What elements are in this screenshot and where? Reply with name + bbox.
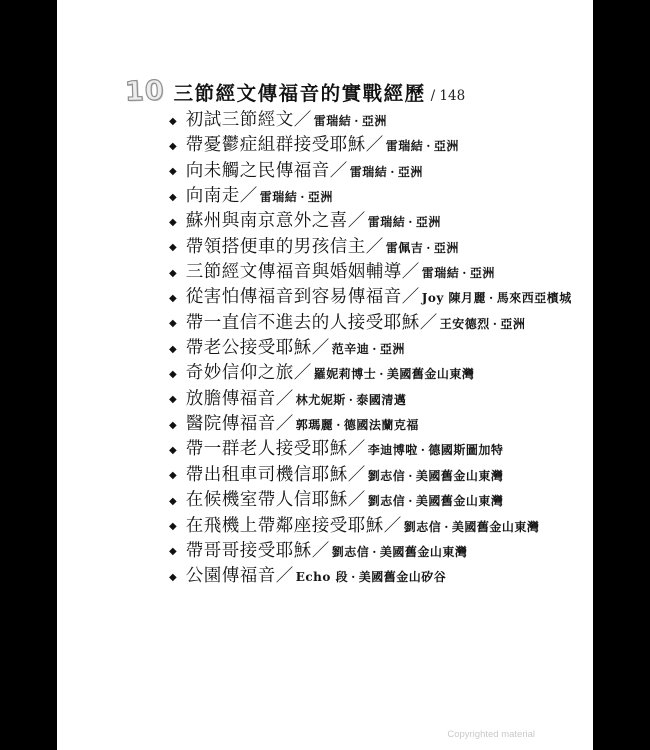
toc-item-location: 德國斯圖加特 <box>428 443 503 457</box>
slash-separator-icon: ／ <box>384 516 402 536</box>
diamond-bullet-icon: ◆ <box>169 318 177 329</box>
toc-item: ◆帶出租車司機信耶穌／劉志信·美國舊金山東灣 <box>169 462 572 487</box>
toc-item-location: 亞洲 <box>470 266 495 280</box>
toc-item-title: 在候機室帶人信耶穌 <box>186 490 348 510</box>
chapter-page-number: / 148 <box>431 88 466 104</box>
scanned-book-page-view: { "header": { "chapter_number": "10", "t… <box>0 0 650 750</box>
toc-item: ◆初試三節經文／雷瑞結·亞洲 <box>169 107 572 132</box>
toc-item: ◆放膽傳福音／林尤妮斯·泰國清邁 <box>169 386 572 411</box>
toc-item-author: 范辛迪 <box>332 342 370 356</box>
slash-separator-icon: ／ <box>240 186 258 206</box>
diamond-bullet-icon: ◆ <box>169 470 177 481</box>
toc-item-title: 公園傳福音 <box>186 566 276 586</box>
toc-item-location: 美國舊金山矽谷 <box>359 570 447 584</box>
dot-separator-icon: · <box>418 443 429 457</box>
slash-separator-icon: ／ <box>348 211 366 231</box>
slash-separator-icon: ／ <box>294 110 312 130</box>
toc-item-author: 雷瑞結 <box>350 165 388 179</box>
toc-item: ◆帶老公接受耶穌／范辛迪·亞洲 <box>169 335 572 360</box>
toc-item: ◆帶領搭便車的男孩信主／雷佩吉·亞洲 <box>169 234 572 259</box>
toc-item-title: 在飛機上帶鄰座接受耶穌 <box>186 516 384 536</box>
toc-item-author: 郭瑪麗 <box>296 418 334 432</box>
toc-item-title: 蘇州與南京意外之喜 <box>186 211 348 231</box>
dot-separator-icon: · <box>486 291 497 305</box>
toc-item-title: 帶一群老人接受耶穌 <box>186 439 348 459</box>
toc-item-title: 初試三節經文 <box>186 110 294 130</box>
toc-item: ◆在飛機上帶鄰座接受耶穌／劉志信·美國舊金山東灣 <box>169 513 572 538</box>
toc-item-location: 美國舊金山東灣 <box>380 545 468 559</box>
dot-separator-icon: · <box>490 317 501 331</box>
toc-item-title: 醫院傳福音 <box>186 414 276 434</box>
toc-item-location: 美國舊金山東灣 <box>416 494 504 508</box>
toc-item-author: 雷瑞結 <box>260 190 298 204</box>
toc-item: ◆奇妙信仰之旅／羅妮莉博士·美國舊金山東灣 <box>169 360 572 385</box>
toc-item-author: 劉志信 <box>368 469 406 483</box>
diamond-bullet-icon: ◆ <box>169 116 177 127</box>
toc-item-location: 亞洲 <box>434 139 459 153</box>
toc-item-credit: Echo 段·美國舊金山矽谷 <box>296 570 447 584</box>
toc-item-credit: 雷瑞結·亞洲 <box>350 165 423 179</box>
slash-separator-icon: ／ <box>330 161 348 181</box>
slash-separator-icon: ／ <box>312 541 330 561</box>
toc-item-author: 劉志信 <box>368 494 406 508</box>
toc-item-title: 放膽傳福音 <box>186 389 276 409</box>
toc-item-location: 馬來西亞檳城 <box>497 291 572 305</box>
diamond-bullet-icon: ◆ <box>169 293 177 304</box>
toc-item-credit: 雷瑞結·亞洲 <box>386 139 459 153</box>
slash-separator-icon: ／ <box>312 338 330 358</box>
dot-separator-icon: · <box>441 520 452 534</box>
diamond-bullet-icon: ◆ <box>169 521 177 532</box>
dot-separator-icon: · <box>405 215 416 229</box>
diamond-bullet-icon: ◆ <box>169 242 177 253</box>
toc-item-credit: 范辛迪·亞洲 <box>332 342 405 356</box>
toc-item-location: 德國法蘭克福 <box>344 418 419 432</box>
toc-item-credit: 林尤妮斯·泰國清邁 <box>296 393 407 407</box>
toc-item-credit: 雷瑞結·亞洲 <box>422 266 495 280</box>
diamond-bullet-icon: ◆ <box>169 141 177 152</box>
dot-separator-icon: · <box>297 190 308 204</box>
slash-separator-icon: ／ <box>276 566 294 586</box>
slash-separator-icon: ／ <box>420 313 438 333</box>
diamond-bullet-icon: ◆ <box>169 572 177 583</box>
toc-item-credit: Joy 陳月麗·馬來西亞檳城 <box>422 291 572 305</box>
slash-separator-icon: ／ <box>348 439 366 459</box>
dot-separator-icon: · <box>333 418 344 432</box>
slash-separator-icon: ／ <box>366 237 384 257</box>
diamond-bullet-icon: ◆ <box>169 394 177 405</box>
toc-item-title: 帶憂鬱症組群接受耶穌 <box>186 135 366 155</box>
dot-separator-icon: · <box>369 545 380 559</box>
toc-item-credit: 劉志信·美國舊金山東灣 <box>332 545 468 559</box>
toc-item-author: 雷瑞結 <box>368 215 406 229</box>
toc-item-author: 李迪博啦 <box>368 443 418 457</box>
toc-item-credit: 雷佩吉·亞洲 <box>386 241 459 255</box>
toc-item-title: 奇妙信仰之旅 <box>186 363 294 383</box>
toc-item: ◆帶一直信不進去的人接受耶穌／王安德烈·亞洲 <box>169 310 572 335</box>
diamond-bullet-icon: ◆ <box>169 445 177 456</box>
toc-item: ◆醫院傳福音／郭瑪麗·德國法蘭克福 <box>169 411 572 436</box>
dot-separator-icon: · <box>348 570 359 584</box>
diamond-bullet-icon: ◆ <box>169 166 177 177</box>
dot-separator-icon: · <box>459 266 470 280</box>
toc-item-author: Echo 段 <box>296 570 348 584</box>
toc-item: ◆三節經文傳福音與婚姻輔導／雷瑞結·亞洲 <box>169 259 572 284</box>
dot-separator-icon: · <box>346 393 357 407</box>
dot-separator-icon: · <box>351 114 362 128</box>
chapter-title: 三節經文傳福音的實戰經歷 <box>174 78 426 106</box>
toc-item-credit: 李迪博啦·德國斯圖加特 <box>368 443 504 457</box>
dot-separator-icon: · <box>405 494 416 508</box>
toc-item-title: 帶領搭便車的男孩信主 <box>186 237 366 257</box>
diamond-bullet-icon: ◆ <box>169 344 177 355</box>
toc-item-location: 亞洲 <box>416 215 441 229</box>
toc-item-location: 美國舊金山東灣 <box>416 469 504 483</box>
diamond-bullet-icon: ◆ <box>169 268 177 279</box>
toc-item: ◆蘇州與南京意外之喜／雷瑞結·亞洲 <box>169 208 572 233</box>
toc-item-credit: 雷瑞結·亞洲 <box>368 215 441 229</box>
toc-item-author: 雷瑞結 <box>314 114 352 128</box>
diamond-bullet-icon: ◆ <box>169 217 177 228</box>
toc-item-location: 美國舊金山東灣 <box>387 367 475 381</box>
toc-item-title: 從害怕傳福音到容易傳福音 <box>186 287 402 307</box>
toc-item: ◆從害怕傳福音到容易傳福音／Joy 陳月麗·馬來西亞檳城 <box>169 284 572 309</box>
toc-item-title: 帶哥哥接受耶穌 <box>186 541 312 561</box>
diamond-bullet-icon: ◆ <box>169 420 177 431</box>
toc-item-title: 帶老公接受耶穌 <box>186 338 312 358</box>
slash-separator-icon: ／ <box>276 414 294 434</box>
slash-separator-icon: ／ <box>402 287 420 307</box>
toc-item-title: 三節經文傳福音與婚姻輔導 <box>186 262 402 282</box>
toc-item-author: 王安德烈 <box>440 317 490 331</box>
toc-item: ◆帶哥哥接受耶穌／劉志信·美國舊金山東灣 <box>169 538 572 563</box>
toc-item-location: 亞洲 <box>500 317 525 331</box>
toc-item-author: 劉志信 <box>332 545 370 559</box>
toc-item-location: 美國舊金山東灣 <box>452 520 540 534</box>
toc-item-credit: 劉志信·美國舊金山東灣 <box>404 520 540 534</box>
chapter-heading: 10 三節經文傳福音的實戰經歷 / 148 <box>125 76 465 107</box>
copyright-notice: Copyrighted material <box>447 729 535 740</box>
toc-item-author: 羅妮莉博士 <box>314 367 377 381</box>
toc-item-location: 亞洲 <box>398 165 423 179</box>
toc-item-author: 劉志信 <box>404 520 442 534</box>
toc-item-author: 林尤妮斯 <box>296 393 346 407</box>
toc-item-credit: 郭瑪麗·德國法蘭克福 <box>296 418 419 432</box>
toc-item-title: 帶一直信不進去的人接受耶穌 <box>186 313 420 333</box>
diamond-bullet-icon: ◆ <box>169 546 177 557</box>
toc-item-credit: 雷瑞結·亞洲 <box>260 190 333 204</box>
toc-item-credit: 王安德烈·亞洲 <box>440 317 526 331</box>
slash-separator-icon: ／ <box>402 262 420 282</box>
toc-item: ◆向南走／雷瑞結·亞洲 <box>169 183 572 208</box>
toc-item-location: 泰國清邁 <box>356 393 406 407</box>
toc-item-location: 亞洲 <box>308 190 333 204</box>
dot-separator-icon: · <box>423 139 434 153</box>
slash-separator-icon: ／ <box>294 363 312 383</box>
dot-separator-icon: · <box>387 165 398 179</box>
toc-item-author: 雷佩吉 <box>386 241 424 255</box>
toc-item-author: 雷瑞結 <box>422 266 460 280</box>
toc-item-credit: 劉志信·美國舊金山東灣 <box>368 494 504 508</box>
dot-separator-icon: · <box>423 241 434 255</box>
toc-item-title: 向南走 <box>186 186 240 206</box>
slash-separator-icon: ／ <box>348 490 366 510</box>
diamond-bullet-icon: ◆ <box>169 369 177 380</box>
toc-item-title: 帶出租車司機信耶穌 <box>186 465 348 485</box>
dot-separator-icon: · <box>369 342 380 356</box>
toc-list: ◆初試三節經文／雷瑞結·亞洲 ◆帶憂鬱症組群接受耶穌／雷瑞結·亞洲 ◆向未觸之民… <box>169 107 572 589</box>
toc-item-author: Joy 陳月麗 <box>422 291 486 305</box>
toc-item-location: 亞洲 <box>434 241 459 255</box>
toc-item-author: 雷瑞結 <box>386 139 424 153</box>
toc-item-credit: 雷瑞結·亞洲 <box>314 114 387 128</box>
diamond-bullet-icon: ◆ <box>169 496 177 507</box>
toc-item-credit: 劉志信·美國舊金山東灣 <box>368 469 504 483</box>
dot-separator-icon: · <box>376 367 387 381</box>
book-page: 10 三節經文傳福音的實戰經歷 / 148 ◆初試三節經文／雷瑞結·亞洲 ◆帶憂… <box>57 0 593 750</box>
slash-separator-icon: ／ <box>348 465 366 485</box>
toc-item: ◆在候機室帶人信耶穌／劉志信·美國舊金山東灣 <box>169 487 572 512</box>
toc-item-credit: 羅妮莉博士·美國舊金山東灣 <box>314 367 475 381</box>
chapter-number: 10 <box>124 75 165 107</box>
diamond-bullet-icon: ◆ <box>169 192 177 203</box>
toc-item-title: 向未觸之民傳福音 <box>186 161 330 181</box>
toc-item: ◆公園傳福音／Echo 段·美國舊金山矽谷 <box>169 563 572 588</box>
toc-item: ◆向未觸之民傳福音／雷瑞結·亞洲 <box>169 158 572 183</box>
toc-item-location: 亞洲 <box>362 114 387 128</box>
slash-separator-icon: ／ <box>366 135 384 155</box>
toc-item: ◆帶一群老人接受耶穌／李迪博啦·德國斯圖加特 <box>169 436 572 461</box>
toc-item: ◆帶憂鬱症組群接受耶穌／雷瑞結·亞洲 <box>169 132 572 157</box>
dot-separator-icon: · <box>405 469 416 483</box>
toc-item-location: 亞洲 <box>380 342 405 356</box>
slash-separator-icon: ／ <box>276 389 294 409</box>
